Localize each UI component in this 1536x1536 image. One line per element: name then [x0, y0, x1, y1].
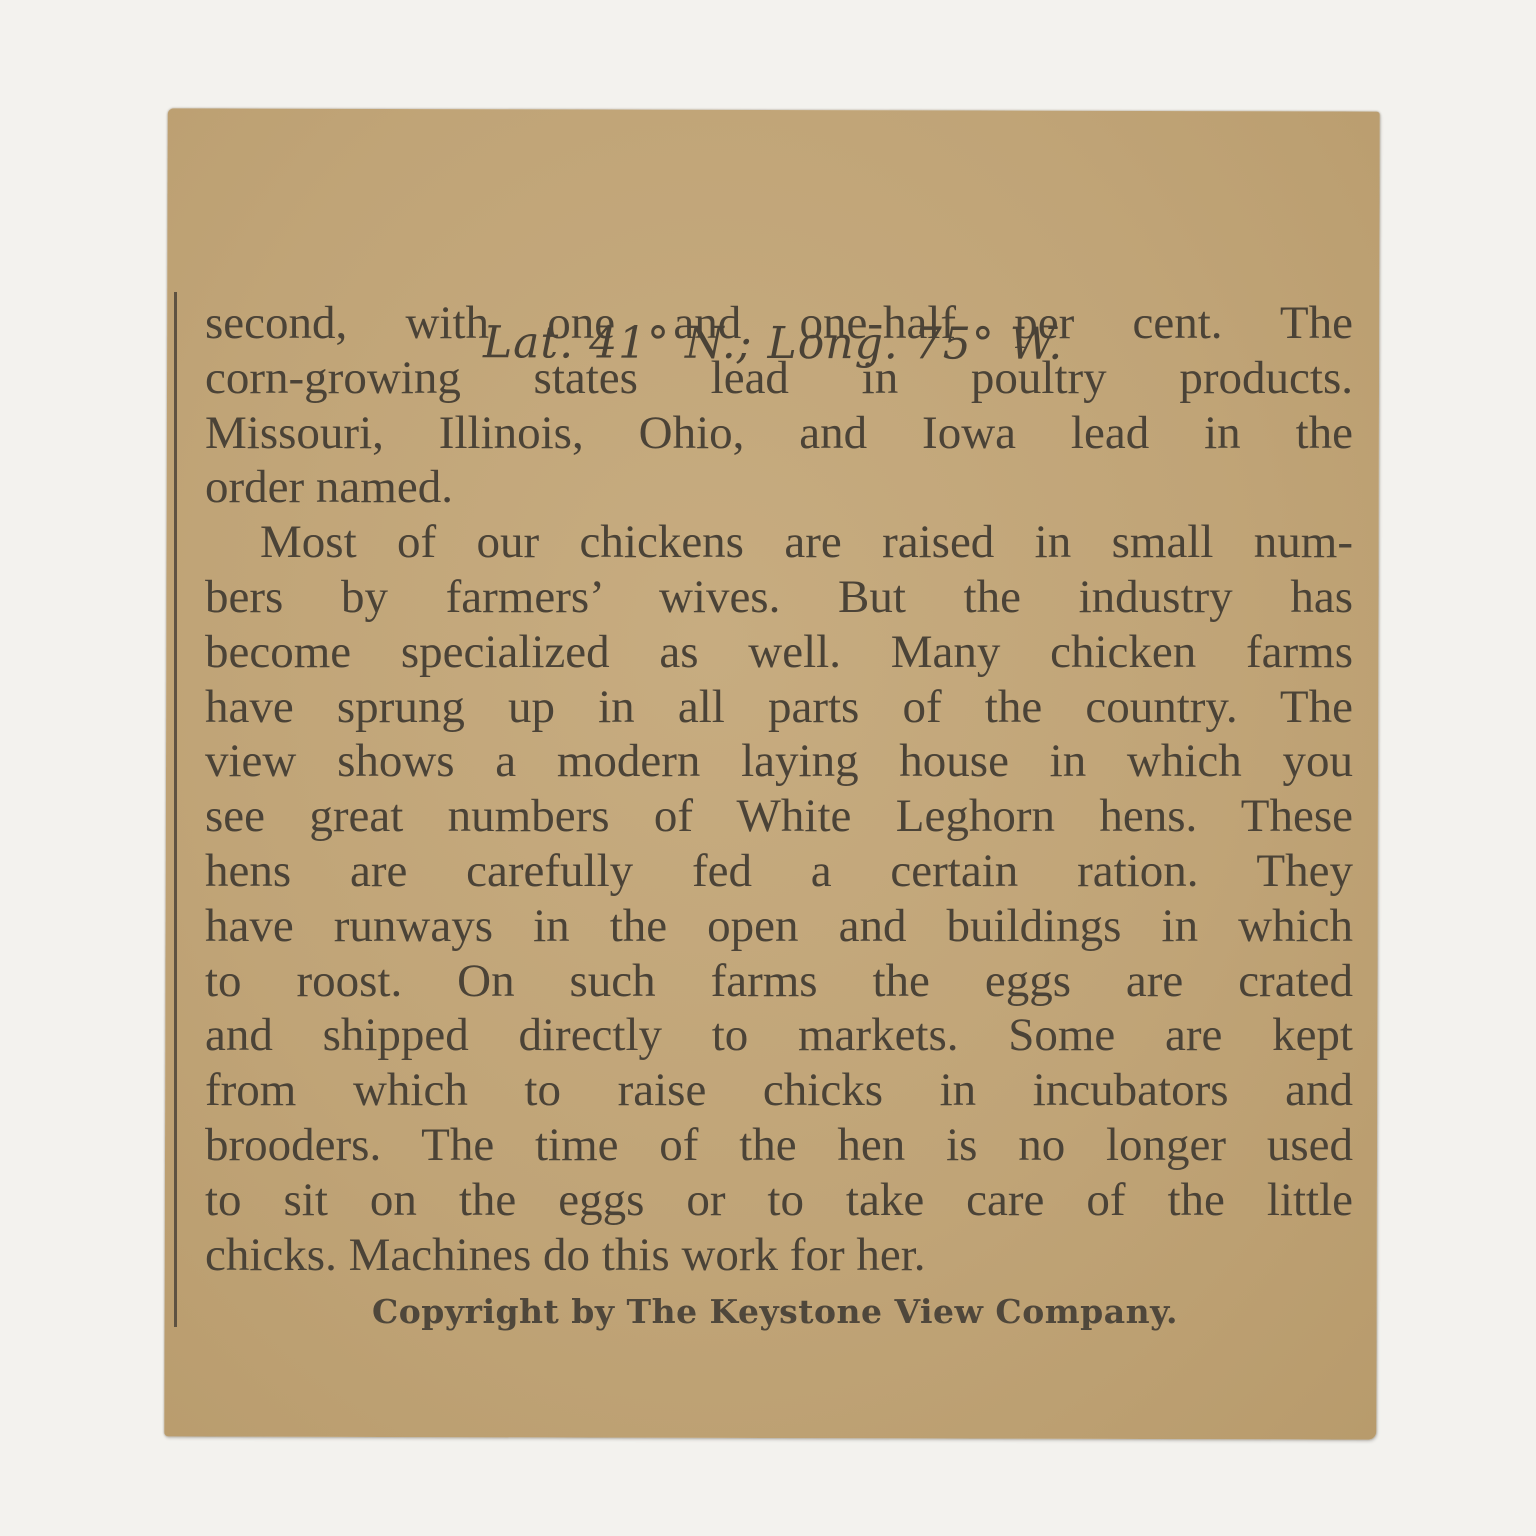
text-line: from which to raise chicks in incubators…	[205, 1063, 1353, 1118]
left-margin-rule	[174, 292, 177, 1327]
text-line: become specialized as well. Many chicken…	[205, 625, 1353, 680]
text-line: second, with one and one-half per cent. …	[205, 296, 1353, 351]
text-line: bers by farmers’ wives. But the industry…	[205, 570, 1353, 625]
copyright-notice: Copyright by The Keystone View Company.	[300, 1292, 1250, 1331]
text-line: corn-growing states lead in poultry prod…	[205, 351, 1353, 406]
text-line: chicks. Machines do this work for her.	[205, 1228, 1353, 1283]
text-line: Most of our chickens are raised in small…	[205, 515, 1353, 570]
text-line: Missouri, Illinois, Ohio, and Iowa lead …	[205, 406, 1353, 461]
text-line: and shipped directly to markets. Some ar…	[205, 1008, 1353, 1063]
text-line: have sprung up in all parts of the count…	[205, 680, 1353, 735]
text-line: brooders. The time of the hen is no long…	[205, 1118, 1353, 1173]
text-line: to sit on the eggs or to take care of th…	[205, 1173, 1353, 1228]
text-line: hens are carefully fed a certain ration.…	[205, 844, 1353, 899]
text-line: view shows a modern laying house in whic…	[205, 734, 1353, 789]
text-line: to roost. On such farms the eggs are cra…	[205, 954, 1353, 1009]
text-line: see great numbers of White Leghorn hens.…	[205, 789, 1353, 844]
card-body-text: second, with one and one-half per cent. …	[205, 296, 1353, 1282]
text-line: have runways in the open and buildings i…	[205, 899, 1353, 954]
text-line: order named.	[205, 460, 1353, 515]
